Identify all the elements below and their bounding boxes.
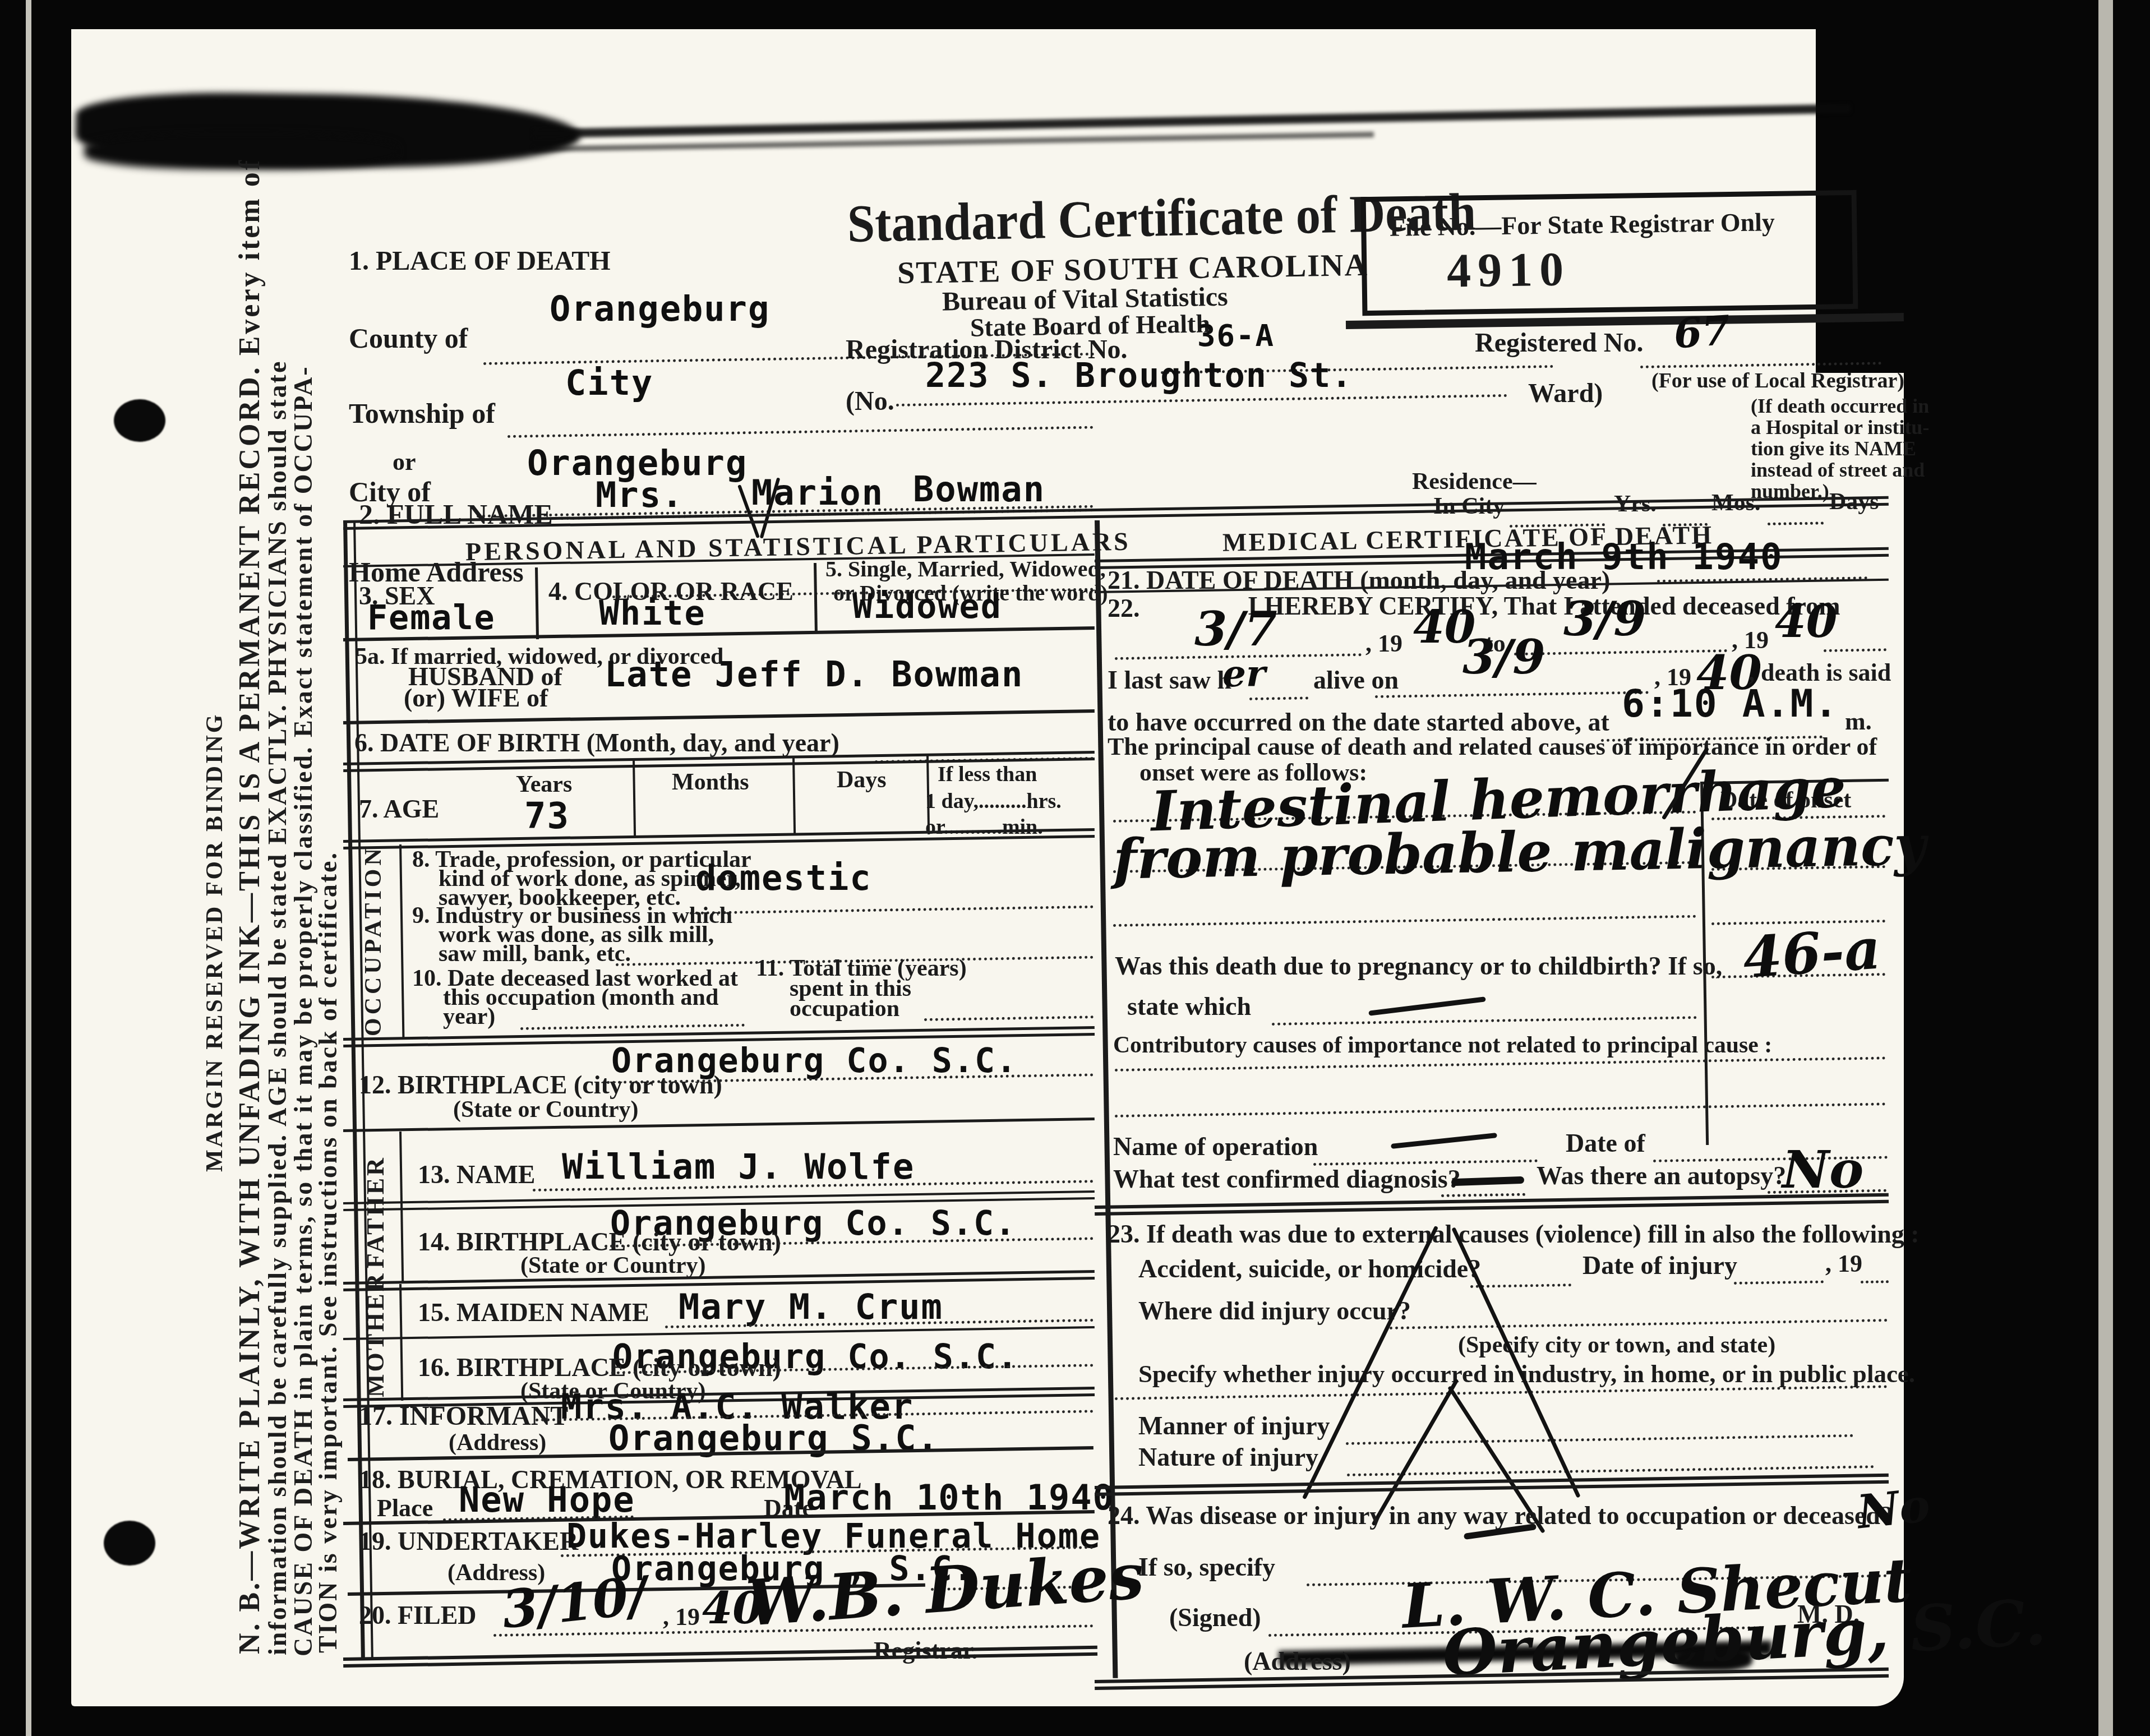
autopsy-value: No — [1782, 1144, 1863, 1195]
less-than-1: If less than — [938, 764, 1037, 785]
state-which-label: state which — [1127, 994, 1251, 1019]
county-value: Orangeburg — [550, 292, 770, 326]
last-saw-er: er — [1222, 655, 1266, 692]
mother-side-label: MOTHER — [363, 1272, 388, 1397]
marital-value: Widowed — [852, 590, 1002, 624]
cause-of-death-2: from probable malignancy — [1113, 818, 1926, 887]
or-label: or — [393, 450, 416, 474]
burial-date-value: March 10th 1940 — [784, 1480, 1115, 1515]
q22-number: 22. — [1108, 595, 1140, 621]
onset-value: 46-a — [1741, 921, 1883, 986]
from-19-label: , 19 — [1365, 631, 1402, 656]
dob-label: 6. DATE OF BIRTH (Month, day, and year) — [354, 730, 839, 756]
margin-note-nb: N. B.—WRITE PLAINLY, WITH UNFADING INK—T… — [236, 158, 265, 1654]
margin-note-tion: TION is very important. See instructions… — [315, 851, 341, 1653]
burial-place-value: New Hope — [459, 1483, 635, 1517]
date-of-label: Date of — [1566, 1130, 1645, 1156]
age-label: 7. AGE — [359, 796, 439, 822]
q21-value: March 9th 1940 — [1465, 539, 1783, 575]
q11-line-3: occupation — [790, 997, 899, 1021]
contributory-label: Contributory causes of importance not re… — [1113, 1033, 1772, 1057]
alive-on-label: alive on — [1313, 667, 1399, 693]
full-name-first: Marion — [751, 475, 884, 510]
pregnancy-question: Was this death due to pregnancy or to ch… — [1115, 953, 1722, 979]
operation-label: Name of operation — [1113, 1134, 1318, 1160]
q24-value: No — [1855, 1482, 1932, 1535]
q24-label: 24. Was disease or injury in any way rel… — [1108, 1503, 1893, 1529]
accident-label: Accident, suicide, or homicide? — [1138, 1256, 1481, 1282]
father-birthplace-sub: (State or Country) — [520, 1254, 706, 1277]
q9-line-3: saw mill, bank, etc. — [439, 942, 631, 966]
hole-punch-bottom — [104, 1521, 155, 1566]
mother-name-label: 15. MAIDEN NAME — [418, 1300, 649, 1326]
street-value: 223 S. Broughton St. — [925, 359, 1353, 393]
principal-cause-1: The principal cause of death and related… — [1108, 735, 1877, 759]
father-birthplace-label: 14. BIRTHPLACE (city or town) — [418, 1229, 781, 1255]
hospital-note-1: (If death occurred in — [1751, 396, 1929, 416]
file-number-value: 4910 — [1446, 244, 1570, 294]
physician-address-label: (Address) — [1244, 1649, 1351, 1674]
race-value: White — [599, 597, 706, 630]
attended-to-value: 3/9 — [1563, 595, 1646, 643]
attended-from-value: 3/7 — [1194, 606, 1277, 653]
scan-edge-line-right — [2098, 0, 2113, 1736]
father-side-label: FATHER — [363, 1156, 388, 1268]
mother-birthplace-label: 16. BIRTHPLACE (city or town) — [418, 1355, 781, 1381]
occupation-value: domestic — [695, 861, 872, 895]
yrs-label: Yrs. — [1614, 492, 1657, 516]
filed-19-label: , 19 — [663, 1605, 700, 1629]
registered-no-label: Registered No. — [1475, 330, 1643, 357]
father-name-label: 13. NAME — [418, 1162, 536, 1188]
filed-date-value: 3/10/ — [500, 1569, 649, 1636]
hospital-note-2: a Hospital or institu- — [1751, 417, 1929, 437]
local-registrar-note: (For use of Local Registrar) — [1651, 370, 1904, 391]
q23-label: 23. If death was due to external causes … — [1108, 1221, 1920, 1247]
file-number-label: File No.—For State Registrar Only — [1390, 209, 1775, 241]
autopsy-label: Was there an autopsy? — [1537, 1163, 1786, 1189]
m-label: m. — [1845, 709, 1872, 734]
days-label: Days — [1829, 490, 1879, 514]
days-header: Days — [837, 768, 887, 792]
township-label: Township of — [349, 399, 495, 427]
ward-label: Ward) — [1528, 380, 1603, 407]
years-header: Years — [516, 773, 572, 796]
marital-label-1: 5. Single, Married, Widowed, — [825, 558, 1106, 580]
full-name-prefix: Mrs. — [596, 478, 684, 513]
hospital-note-4: instead of street and — [1751, 460, 1925, 480]
spouse-value: Late Jeff D. Bowman — [605, 657, 1023, 692]
mother-name-value: Mary M. Crum — [679, 1290, 943, 1324]
nature-label: Nature of injury — [1138, 1444, 1318, 1470]
last-saw-label: I last saw h — [1108, 667, 1231, 693]
registered-no-value: 67 — [1673, 310, 1732, 354]
filed-label: 20. FILED — [359, 1603, 477, 1628]
section-1-place-of-death: 1. PLACE OF DEATH — [349, 248, 611, 275]
months-header: Months — [672, 770, 749, 794]
birthplace-sub: (State or Country) — [453, 1098, 639, 1121]
hole-punch-top — [114, 399, 165, 442]
form-number: 36-A — [1197, 321, 1275, 351]
date-injury-label: Date of injury — [1582, 1253, 1737, 1278]
file-number-box — [1361, 190, 1858, 316]
where-injury-label: Where did injury occur? — [1138, 1298, 1411, 1324]
hospital-note-3: tion give its NAME — [1751, 438, 1916, 459]
injury-19-line — [1861, 1280, 1889, 1283]
scanned-death-certificate: MARGIN RESERVED FOR BINDING N. B.—WRITE … — [0, 0, 2150, 1736]
if-so-label: If so, specify — [1138, 1554, 1275, 1580]
signed-label: (Signed) — [1169, 1605, 1261, 1631]
occupation-side-label: OCCUPATION — [362, 845, 385, 1036]
no-label: (No. — [846, 388, 894, 415]
wife-of-label: (or) WIFE of — [404, 685, 548, 711]
margin-note-binding: MARGIN RESERVED FOR BINDING — [203, 713, 227, 1172]
informant-address-label: (Address) — [449, 1431, 546, 1455]
in-city-label: In City — [1433, 495, 1505, 518]
birthplace-label: 12. BIRTHPLACE (city or town) — [359, 1072, 722, 1098]
less-than-3: or...........min. — [925, 816, 1043, 838]
manner-label: Manner of injury — [1138, 1413, 1330, 1439]
township-value: City — [565, 366, 653, 400]
q10-line-3: year) — [443, 1005, 495, 1028]
alive-on-value: 3/9 — [1462, 634, 1545, 681]
mos-label: Mos. — [1711, 491, 1761, 515]
margin-note-cause: CAUSE OF DEATH in plain terms, so that i… — [290, 366, 316, 1657]
burial-place-label: Place — [377, 1496, 433, 1521]
time-of-death-value: 6:10 A.M. — [1622, 685, 1838, 723]
undertaker-label: 19. UNDERTAKER — [359, 1529, 578, 1554]
occurred-label: to have occurred on the date started abo… — [1108, 709, 1609, 735]
full-name-label: 2. FULL NAME — [359, 500, 553, 528]
residence-label: Residence— — [1412, 470, 1537, 493]
injury-19-label: , 19 — [1825, 1252, 1862, 1276]
margin-note-info: information should be carefully supplied… — [265, 360, 290, 1655]
certify-text: I HEREBY CERTIFY, That I attended deceas… — [1248, 593, 1840, 619]
father-name-value: William J. Wolfe — [562, 1149, 915, 1184]
to-year-value: 40 — [1775, 599, 1837, 644]
scan-edge-line-left — [26, 0, 31, 1736]
test-label: What test confirmed diagnosis? — [1113, 1166, 1461, 1192]
full-name-last: Bowman — [913, 472, 1045, 507]
less-than-2: 1 day,.........hrs. — [925, 791, 1062, 812]
age-value: 73 — [524, 798, 570, 834]
informant-label: 17. INFORMANT — [359, 1403, 568, 1430]
sex-value: Female — [367, 601, 496, 635]
county-label: County of — [349, 324, 468, 352]
